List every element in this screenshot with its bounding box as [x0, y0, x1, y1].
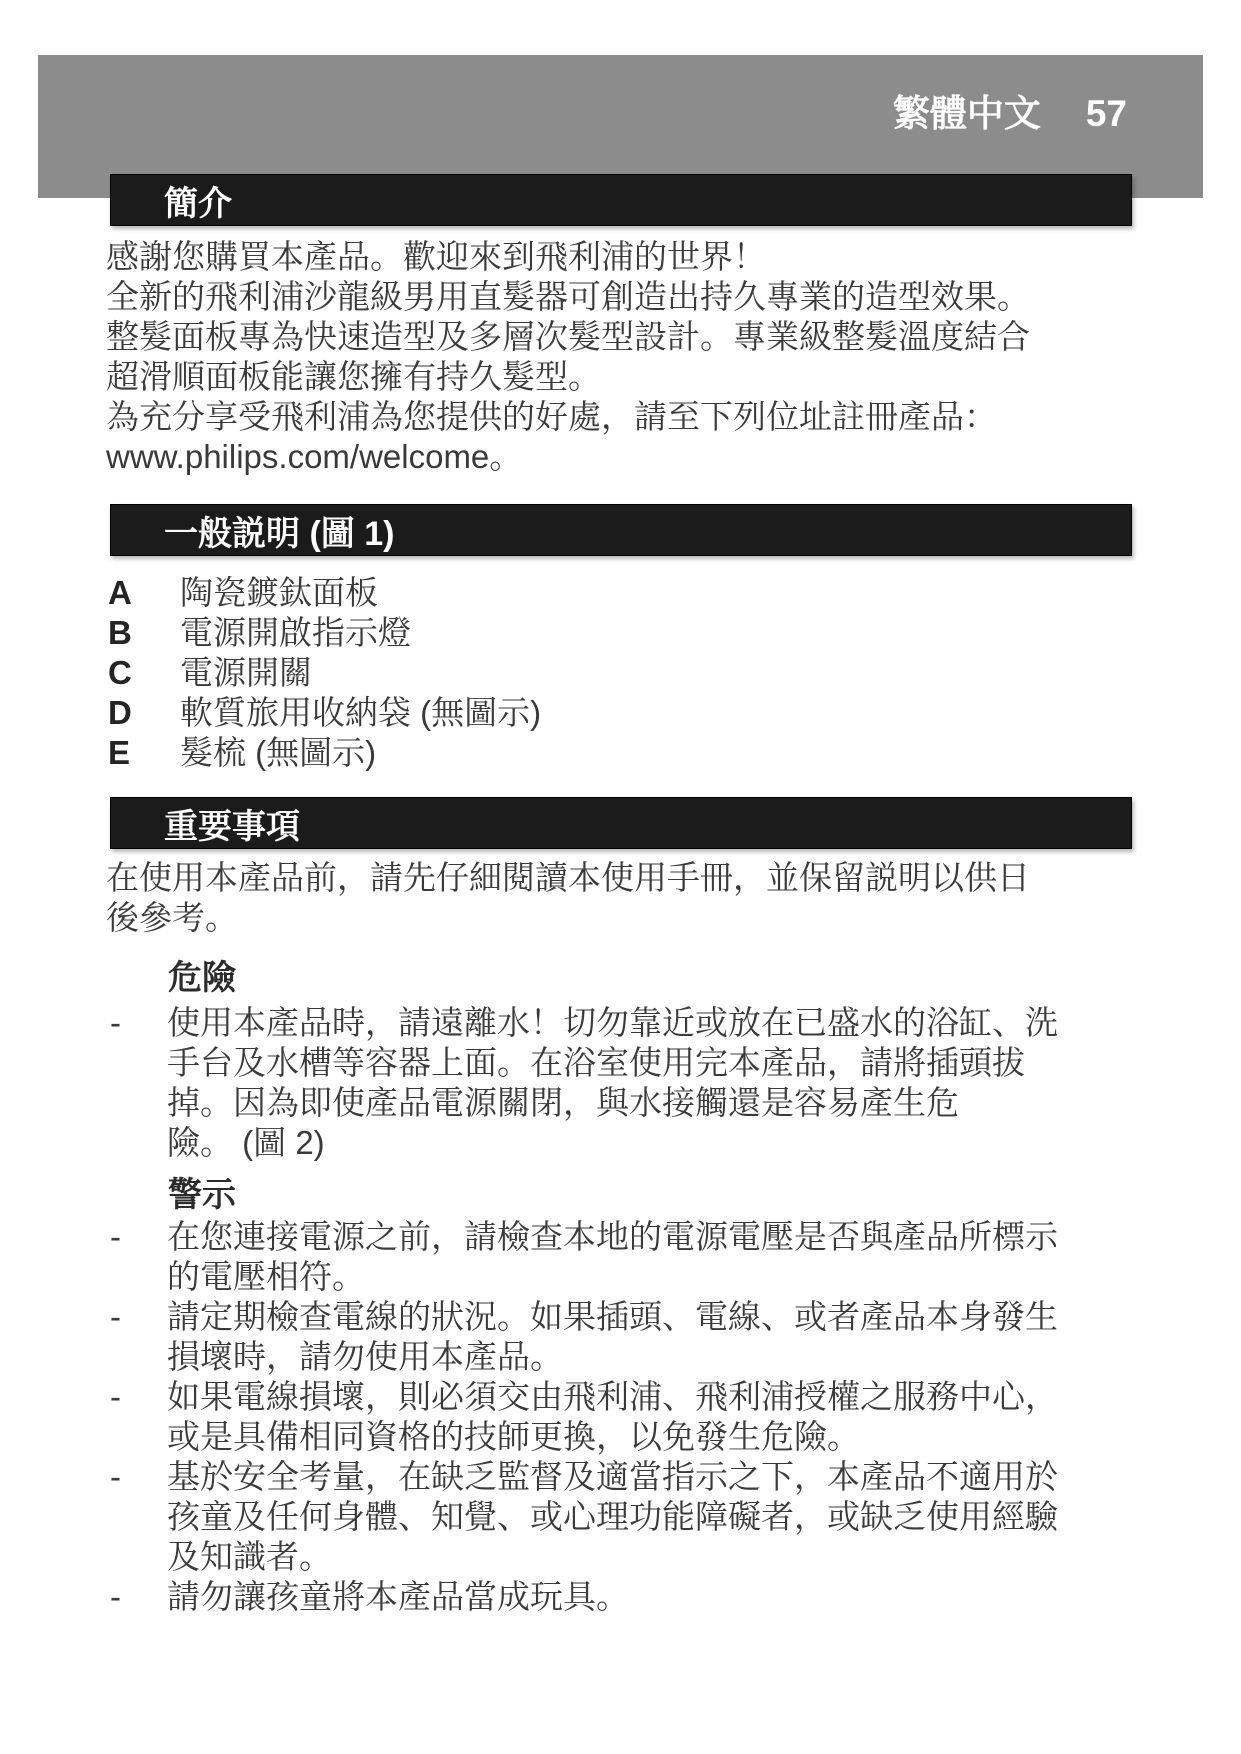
danger-bullet-list: - 使用本產品時，請遠離水！切勿靠近或放在已盛水的浴缸、洗 手台及水槽等容器上面… [110, 1003, 1152, 1163]
bullet-text: 如果電線損壞，則必須交由飛利浦、飛利浦授權之服務中心， 或是具備相同資格的技師更… [167, 1377, 1152, 1457]
intro-paragraph: 感謝您購買本產品。歡迎來到飛利浦的世界！ 全新的飛利浦沙龍級男用直髮器可創造出持… [106, 237, 1146, 477]
bullet-text: 請定期檢查電線的狀況。如果插頭、電線、或者產品本身發生 損壞時，請勿使用本產品。 [167, 1297, 1152, 1377]
bullet-item: - 使用本產品時，請遠離水！切勿靠近或放在已盛水的浴缸、洗 手台及水槽等容器上面… [110, 1003, 1152, 1163]
danger-heading: 危險 [168, 958, 236, 998]
bullet-item: - 基於安全考量，在缺乏監督及適當指示之下，本產品不適用於 孩童及任何身體、知覺… [110, 1457, 1152, 1577]
bullet-dash: - [110, 1457, 167, 1577]
part-label: 陶瓷鍍鈦面板 [180, 573, 1148, 613]
bullet-text: 在您連接電源之前，請檢查本地的電源電壓是否與產品所標示 的電壓相符。 [167, 1217, 1152, 1297]
part-row-c: C 電源開關 [108, 653, 1148, 693]
part-row-a: A 陶瓷鍍鈦面板 [108, 573, 1148, 613]
important-paragraph: 在使用本產品前，請先仔細閱讀本使用手冊，並保留説明以供日 後參考。 [106, 858, 1146, 938]
bullet-text: 基於安全考量，在缺乏監督及適當指示之下，本產品不適用於 孩童及任何身體、知覺、或… [167, 1457, 1152, 1577]
bullet-dash: - [110, 1217, 167, 1297]
warning-heading: 警示 [168, 1175, 236, 1215]
page-number: 57 [1086, 95, 1127, 132]
part-label: 髮梳 (無圖示) [180, 733, 1148, 773]
bullet-item: - 在您連接電源之前，請檢查本地的電源電壓是否與產品所標示 的電壓相符。 [110, 1217, 1152, 1297]
language-label: 繁體中文 [893, 95, 1041, 132]
part-letter: C [108, 653, 180, 693]
section-bar-general-description: 一般説明 (圖 1) [110, 504, 1132, 556]
bullet-item: - 如果電線損壞，則必須交由飛利浦、飛利浦授權之服務中心， 或是具備相同資格的技… [110, 1377, 1152, 1457]
bullet-text: 請勿讓孩童將本產品當成玩具。 [167, 1577, 1152, 1617]
bullet-dash: - [110, 1003, 167, 1163]
part-label: 電源開關 [180, 653, 1148, 693]
part-letter: A [108, 573, 180, 613]
bullet-dash: - [110, 1577, 167, 1617]
bullet-item: - 請定期檢查電線的狀況。如果插頭、電線、或者產品本身發生 損壞時，請勿使用本產… [110, 1297, 1152, 1377]
part-row-d: D 軟質旅用收納袋 (無圖示) [108, 693, 1148, 733]
warning-bullet-list: - 在您連接電源之前，請檢查本地的電源電壓是否與產品所標示 的電壓相符。 - 請… [110, 1217, 1152, 1617]
part-row-b: B 電源開啟指示燈 [108, 613, 1148, 653]
part-label: 電源開啟指示燈 [180, 613, 1148, 653]
section-title-general-description: 一般説明 (圖 1) [164, 506, 394, 555]
section-bar-important: 重要事項 [110, 797, 1132, 849]
bullet-dash: - [110, 1297, 167, 1377]
bullet-text: 使用本產品時，請遠離水！切勿靠近或放在已盛水的浴缸、洗 手台及水槽等容器上面。在… [167, 1003, 1152, 1163]
part-letter: B [108, 613, 180, 653]
manual-page: { "header": { "language_label": "繁體中文", … [0, 0, 1241, 1754]
bullet-item: - 請勿讓孩童將本產品當成玩具。 [110, 1577, 1152, 1617]
part-letter: D [108, 693, 180, 733]
part-label: 軟質旅用收納袋 (無圖示) [180, 693, 1148, 733]
parts-list: A 陶瓷鍍鈦面板 B 電源開啟指示燈 C 電源開關 D 軟質旅用收納袋 (無圖示… [108, 573, 1148, 773]
part-letter: E [108, 733, 180, 773]
part-row-e: E 髮梳 (無圖示) [108, 733, 1148, 773]
section-bar-intro: 簡介 [110, 174, 1132, 226]
section-title-important: 重要事項 [164, 799, 300, 848]
header-band-text: 繁體中文 57 [893, 95, 1127, 132]
bullet-dash: - [110, 1377, 167, 1457]
section-title-intro: 簡介 [164, 176, 232, 225]
